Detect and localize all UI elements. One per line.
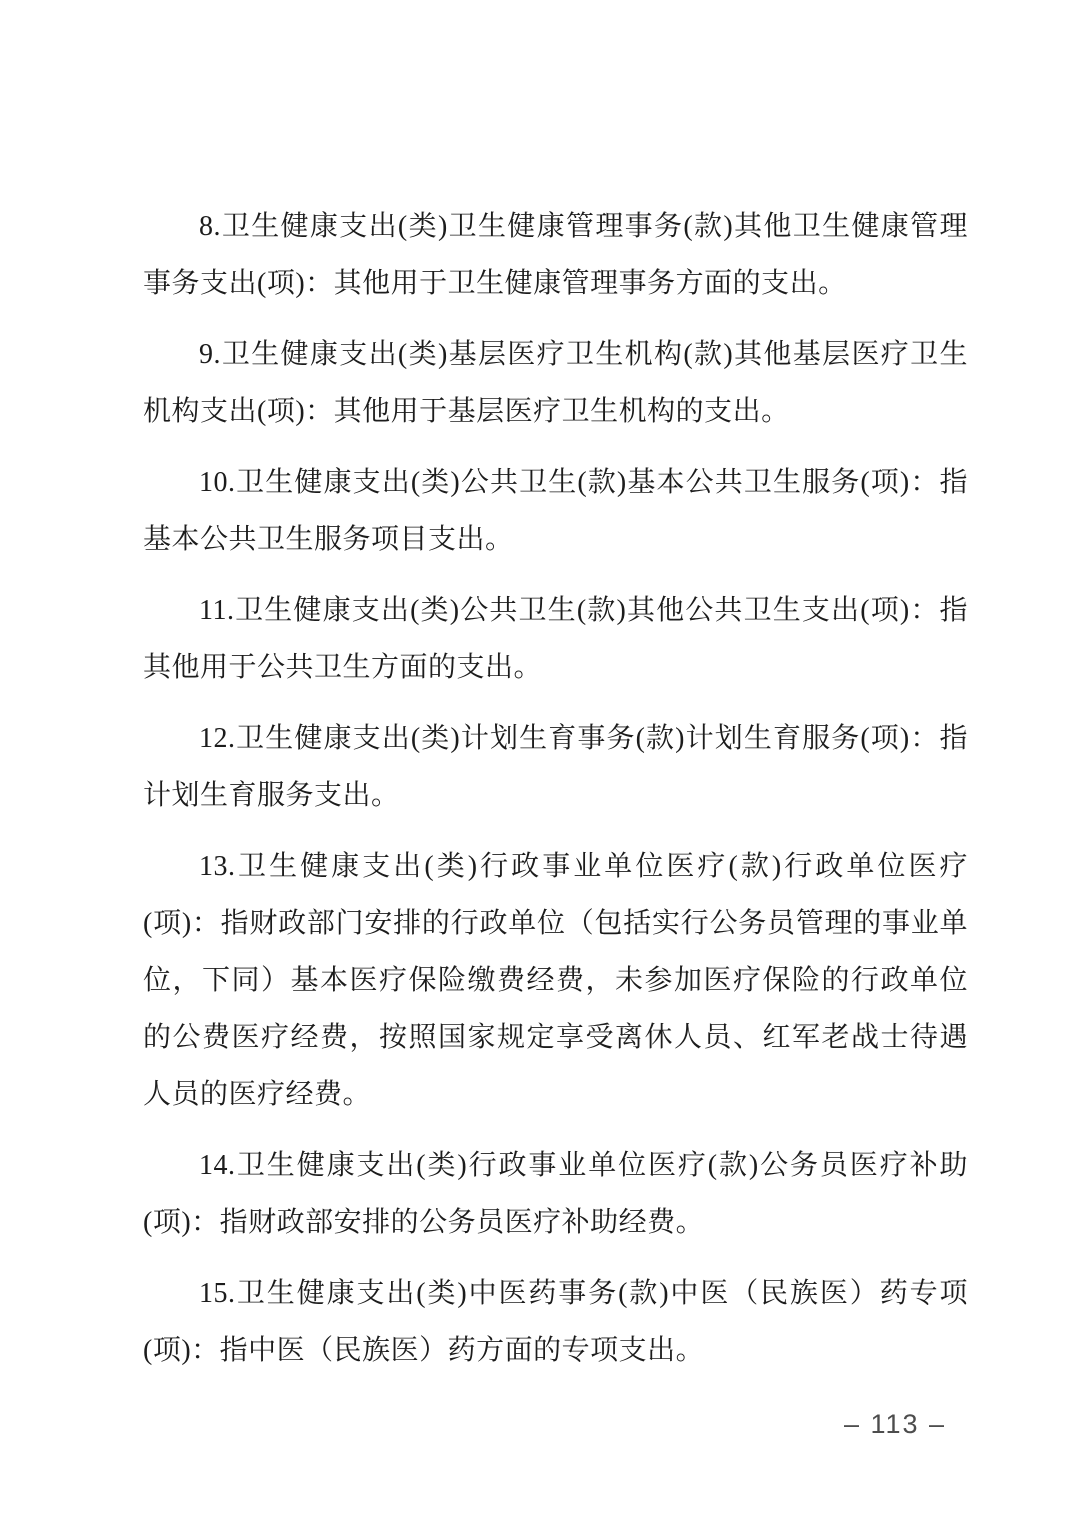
paragraph-item-9: 9.卫生健康支出(类)基层医疗卫生机构(款)其他基层医疗卫生机构支出(项)：其他… [143, 326, 968, 440]
paragraph-item-14: 14.卫生健康支出(类)行政事业单位医疗(款)公务员医疗补助(项)：指财政部安排… [143, 1137, 968, 1251]
paragraph-item-15: 15.卫生健康支出(类)中医药事务(款)中医（民族医）药专项(项)：指中医（民族… [143, 1265, 968, 1379]
paragraph-item-10: 10.卫生健康支出(类)公共卫生(款)基本公共卫生服务(项)：指基本公共卫生服务… [143, 454, 968, 568]
document-body: 8.卫生健康支出(类)卫生健康管理事务(款)其他卫生健康管理事务支出(项)：其他… [143, 198, 968, 1393]
paragraph-item-8: 8.卫生健康支出(类)卫生健康管理事务(款)其他卫生健康管理事务支出(项)：其他… [143, 198, 968, 312]
paragraph-item-12: 12.卫生健康支出(类)计划生育事务(款)计划生育服务(项)：指计划生育服务支出… [143, 710, 968, 824]
paragraph-item-13: 13.卫生健康支出(类)行政事业单位医疗(款)行政单位医疗(项)：指财政部门安排… [143, 838, 968, 1123]
document-page: 8.卫生健康支出(类)卫生健康管理事务(款)其他卫生健康管理事务支出(项)：其他… [0, 0, 1074, 1520]
page-number: – 113 – [780, 1408, 1010, 1440]
paragraph-item-11: 11.卫生健康支出(类)公共卫生(款)其他公共卫生支出(项)：指其他用于公共卫生… [143, 582, 968, 696]
